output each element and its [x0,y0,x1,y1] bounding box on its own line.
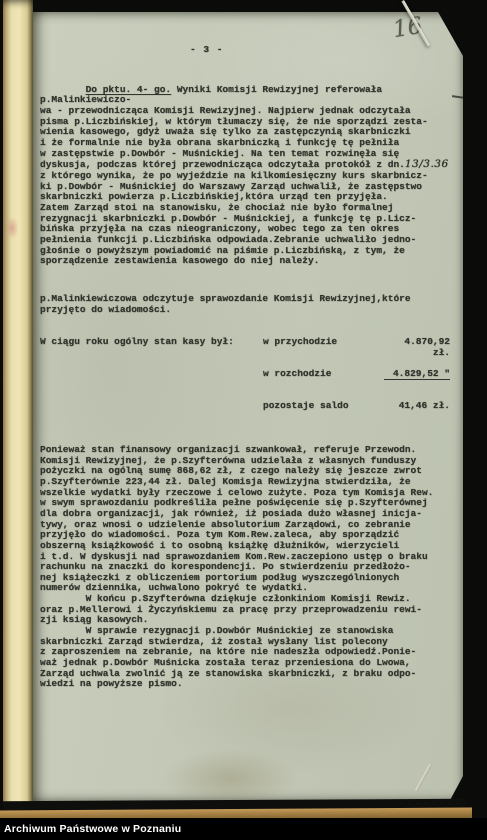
cash-summary: W ciągu roku ogólny stan kasy był: w prz… [40,316,464,433]
binding-page-edge [3,0,33,818]
cash-income-value: 4.870,92 zł. [384,337,450,348]
cash-expense-value: 4.829,52 " [384,369,450,380]
paragraph-2: p.Malinkiewiczowa odczytuje sprawozdanie… [40,294,464,315]
handwritten-date: 13/3.36 [405,158,449,170]
archive-name: Archiwum Państwowe w Poznaniu [4,823,181,835]
cash-income-label: w przychodzie [263,337,384,348]
scanned-document: 16 - 3 - Do pktu. 4- go. Wyniki Komisji … [0,0,487,840]
cash-row-expense: w rozchodzie 4.829,52 " [40,369,464,380]
paragraph-1-text-before-date: Wyniki Komisji Rewizyjnej referowała p.M… [40,84,428,171]
cash-balance-value: 41,46 zł. [384,401,450,412]
paragraph-3: Ponieważ stan finansowy organizacji szwa… [40,445,464,690]
cash-balance-label: pozostaje saldo [263,401,384,412]
cash-expense-label: w rozchodzie [263,369,384,380]
document-body: Do pktu. 4- go. Wyniki Komisji Rewizyjne… [40,74,464,690]
paragraph-1: Do pktu. 4- go. Wyniki Komisji Rewizyjne… [40,74,464,277]
archive-footer-bar: Archiwum Państwowe w Poznaniu [0,818,487,840]
cash-row-balance: pozostaje saldo 41,46 zł. [40,401,464,412]
document-page: 16 - 3 - Do pktu. 4- go. Wyniki Komisji … [33,12,463,802]
paragraph-1-text-after-date: z którego wynika, że po wyjeździe na kil… [40,170,428,266]
page-number: - 3 - [190,45,224,56]
cash-summary-prefix: W ciągu roku ogólny stan kasy był: [40,337,263,348]
cash-row-income: W ciągu roku ogólny stan kasy był: w prz… [40,337,464,348]
paragraph-1-heading: Do pktu. 4- go. [86,84,172,95]
